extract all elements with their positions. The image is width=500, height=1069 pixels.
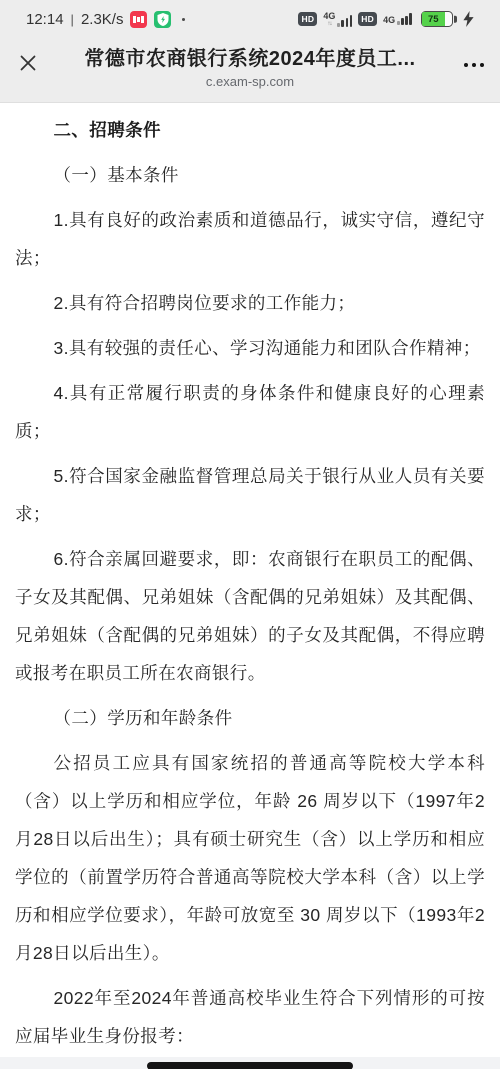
- volte-hd-icon-2: HD: [358, 12, 377, 26]
- page-title: 常德市农商银行系统2024年度员工...: [54, 42, 446, 71]
- signal-bars-icon-2: [397, 13, 412, 25]
- condition-item-5: 5.符合国家金融监督管理总局关于银行从业人员有关要求；: [15, 457, 485, 533]
- data-activity-arrows-icon: ↑↓: [327, 21, 331, 27]
- page-url: c.exam-sp.com: [54, 74, 446, 89]
- article-content: 二、招聘条件 （一）基本条件 1.具有良好的政治素质和道德品行，诚实守信，遵纪守…: [0, 103, 500, 1055]
- graduate-eligibility-paragraph: 2022年至2024年普通高校毕业生符合下列情形的可按应届毕业生身份报考：: [15, 979, 485, 1055]
- notification-dot: [182, 18, 185, 21]
- status-separator: |: [71, 12, 74, 27]
- condition-item-4: 4.具有正常履行职责的身体条件和健康良好的心理素质；: [15, 374, 485, 450]
- network-type-label-1: 4G ↑↓: [323, 12, 335, 27]
- battery-icon: 75: [421, 11, 453, 27]
- more-menu-button[interactable]: [446, 63, 488, 68]
- clock: 12:14: [26, 11, 64, 28]
- volte-hd-icon-1: HD: [298, 12, 317, 26]
- security-shield-icon: [154, 11, 171, 28]
- condition-item-1: 1.具有良好的政治素质和道德品行，诚实守信，遵纪守法；: [15, 201, 485, 277]
- signal-4g-icon-1: 4G ↑↓: [323, 12, 352, 27]
- more-dots-icon: [464, 63, 469, 68]
- red-app-notification-icon: [130, 11, 147, 28]
- status-bar: 12:14 | 2.3K/s HD 4G ↑↓: [0, 0, 500, 34]
- title-block: 常德市农商银行系统2024年度员工... c.exam-sp.com: [54, 42, 446, 89]
- network-type-label-2: 4G: [383, 16, 395, 25]
- education-age-paragraph: 公招员工应具有国家统招的普通高等院校大学本科（含）以上学历和相应学位，年龄 26…: [15, 744, 485, 972]
- title-bar: 常德市农商银行系统2024年度员工... c.exam-sp.com: [0, 34, 500, 102]
- browser-chrome: 12:14 | 2.3K/s HD 4G ↑↓: [0, 0, 500, 103]
- section-heading: 二、招聘条件: [15, 111, 485, 149]
- red-app-glyph: [133, 16, 144, 23]
- battery-cap: [454, 16, 457, 23]
- subsection-heading-basic: （一）基本条件: [15, 156, 485, 194]
- condition-item-6: 6.符合亲属回避要求，即：农商银行在职员工的配偶、子女及其配偶、兄弟姐妹（含配偶…: [15, 540, 485, 692]
- home-indicator[interactable]: [147, 1062, 353, 1069]
- signal-bars-icon-1: [337, 15, 352, 27]
- close-button[interactable]: [12, 53, 54, 78]
- network-speed: 2.3K/s: [81, 11, 124, 28]
- status-left: 12:14 | 2.3K/s: [26, 11, 185, 28]
- condition-item-3: 3.具有较强的责任心、学习沟通能力和团队合作精神；: [15, 329, 485, 367]
- condition-item-2: 2.具有符合招聘岗位要求的工作能力；: [15, 284, 485, 322]
- gesture-bar-area: [0, 1057, 500, 1069]
- battery-level: 75: [422, 12, 445, 26]
- subsection-heading-education: （二）学历和年龄条件: [15, 699, 485, 737]
- status-right: HD 4G ↑↓ HD 4G 75: [298, 11, 474, 27]
- close-icon: [18, 53, 38, 78]
- charging-bolt-icon: [463, 11, 474, 27]
- phone-screen: 12:14 | 2.3K/s HD 4G ↑↓: [0, 0, 500, 1069]
- signal-4g-icon-2: 4G: [383, 13, 412, 25]
